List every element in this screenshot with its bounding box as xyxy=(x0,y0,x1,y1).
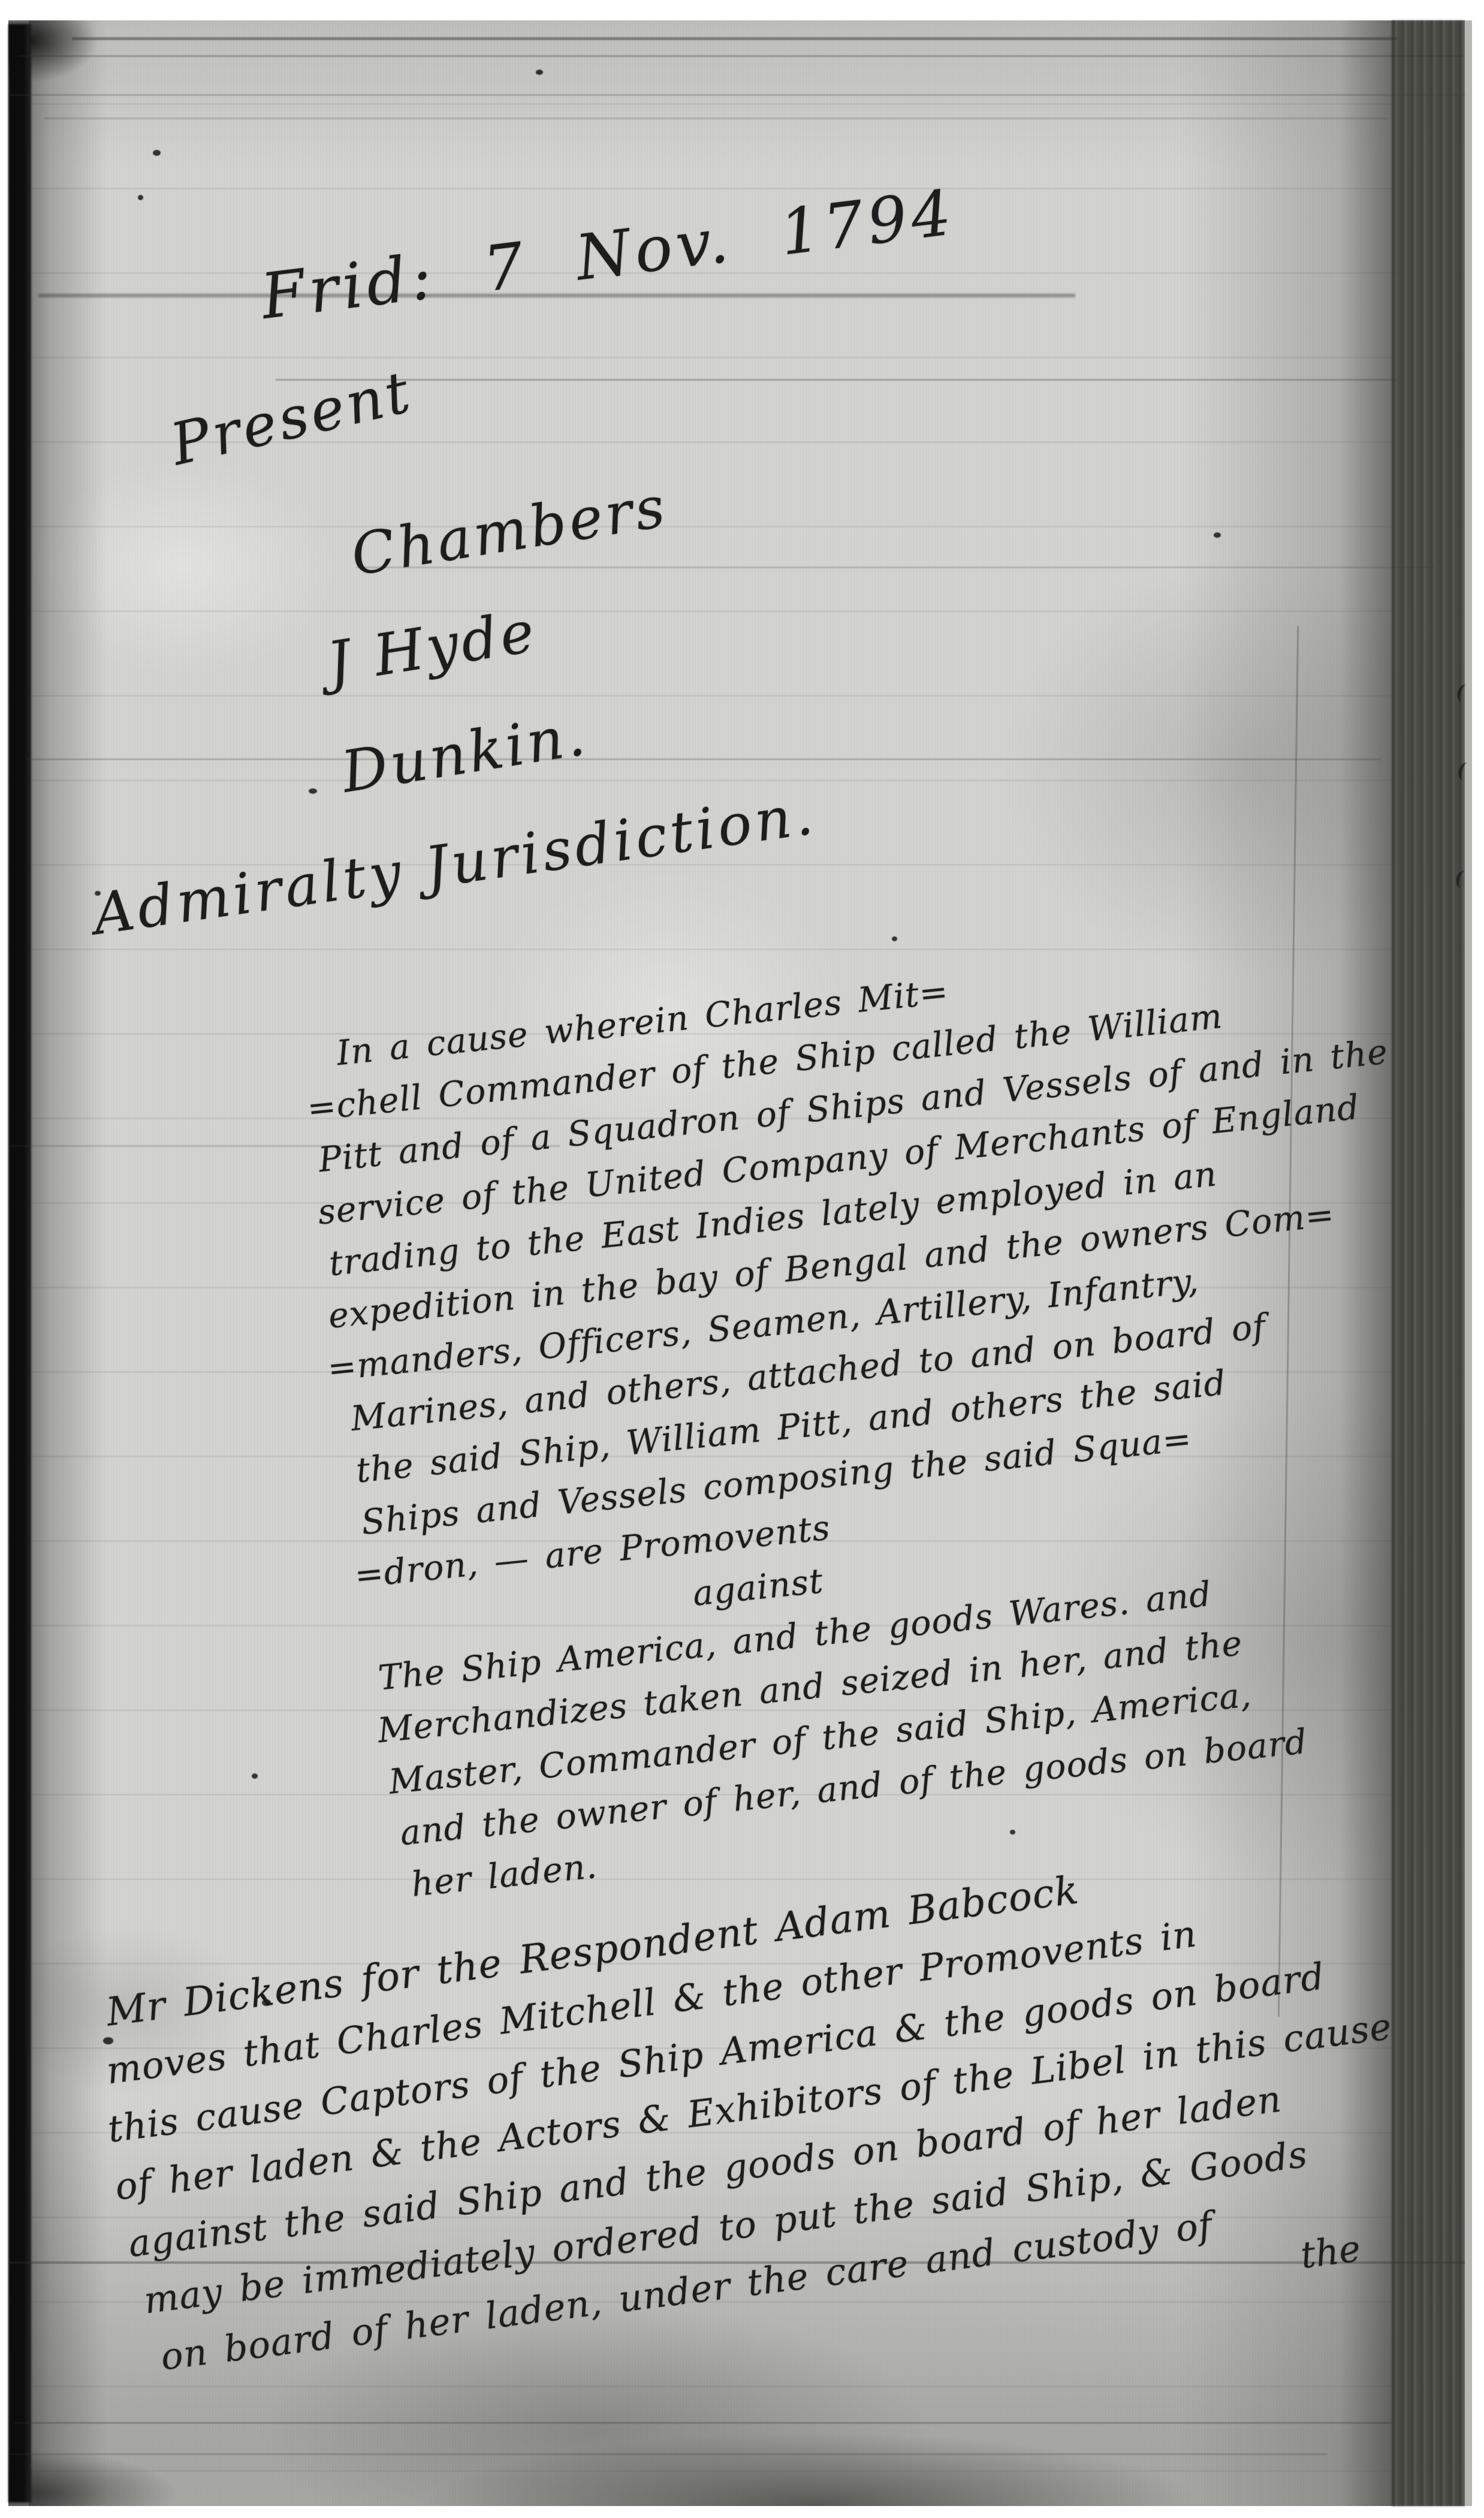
judge-name: J Hyde xyxy=(323,598,542,697)
manuscript-page: Frid: 7 Nov. 1794 Present Chambers J Hyd… xyxy=(8,20,1472,2506)
scan-streak xyxy=(8,2453,1327,2455)
scanned-manuscript-photo: { "page": { "date_heading": "Frid: 7 Nov… xyxy=(0,0,1484,2518)
catchword: the xyxy=(1297,2219,1364,2285)
facing-page-edge xyxy=(1465,20,1472,2506)
scan-streak xyxy=(18,55,1462,57)
ink-speck xyxy=(138,195,143,200)
section-heading: Admiralty Jurisdiction. xyxy=(89,782,821,948)
judge-name: Dunkin. xyxy=(337,702,592,806)
scan-streak xyxy=(8,94,1465,96)
date-heading: Frid: 7 Nov. 1794 xyxy=(257,176,959,333)
motion-paragraph: Mr Dickens for the Respondent Adam Babco… xyxy=(90,1817,1473,2389)
scan-streak xyxy=(276,379,1396,381)
scan-streak xyxy=(14,2422,1393,2424)
scan-streak xyxy=(356,567,1435,568)
judge-name: Chambers xyxy=(347,474,672,589)
binding-shadow-left xyxy=(29,20,107,2506)
ink-speck xyxy=(1214,532,1221,538)
scan-streak xyxy=(26,758,1381,760)
ink-speck xyxy=(252,1773,258,1779)
cause-paragraph: In a cause wherein Charles Mit= =chell C… xyxy=(279,923,1454,1915)
ink-speck xyxy=(892,936,897,941)
scan-streak xyxy=(72,37,1396,40)
scan-streak xyxy=(44,118,1387,119)
ink-speck xyxy=(536,70,543,75)
ink-speck xyxy=(153,150,161,156)
ink-speck xyxy=(309,788,317,794)
binding-strip-left xyxy=(8,24,31,2502)
present-label: Present xyxy=(165,358,418,478)
